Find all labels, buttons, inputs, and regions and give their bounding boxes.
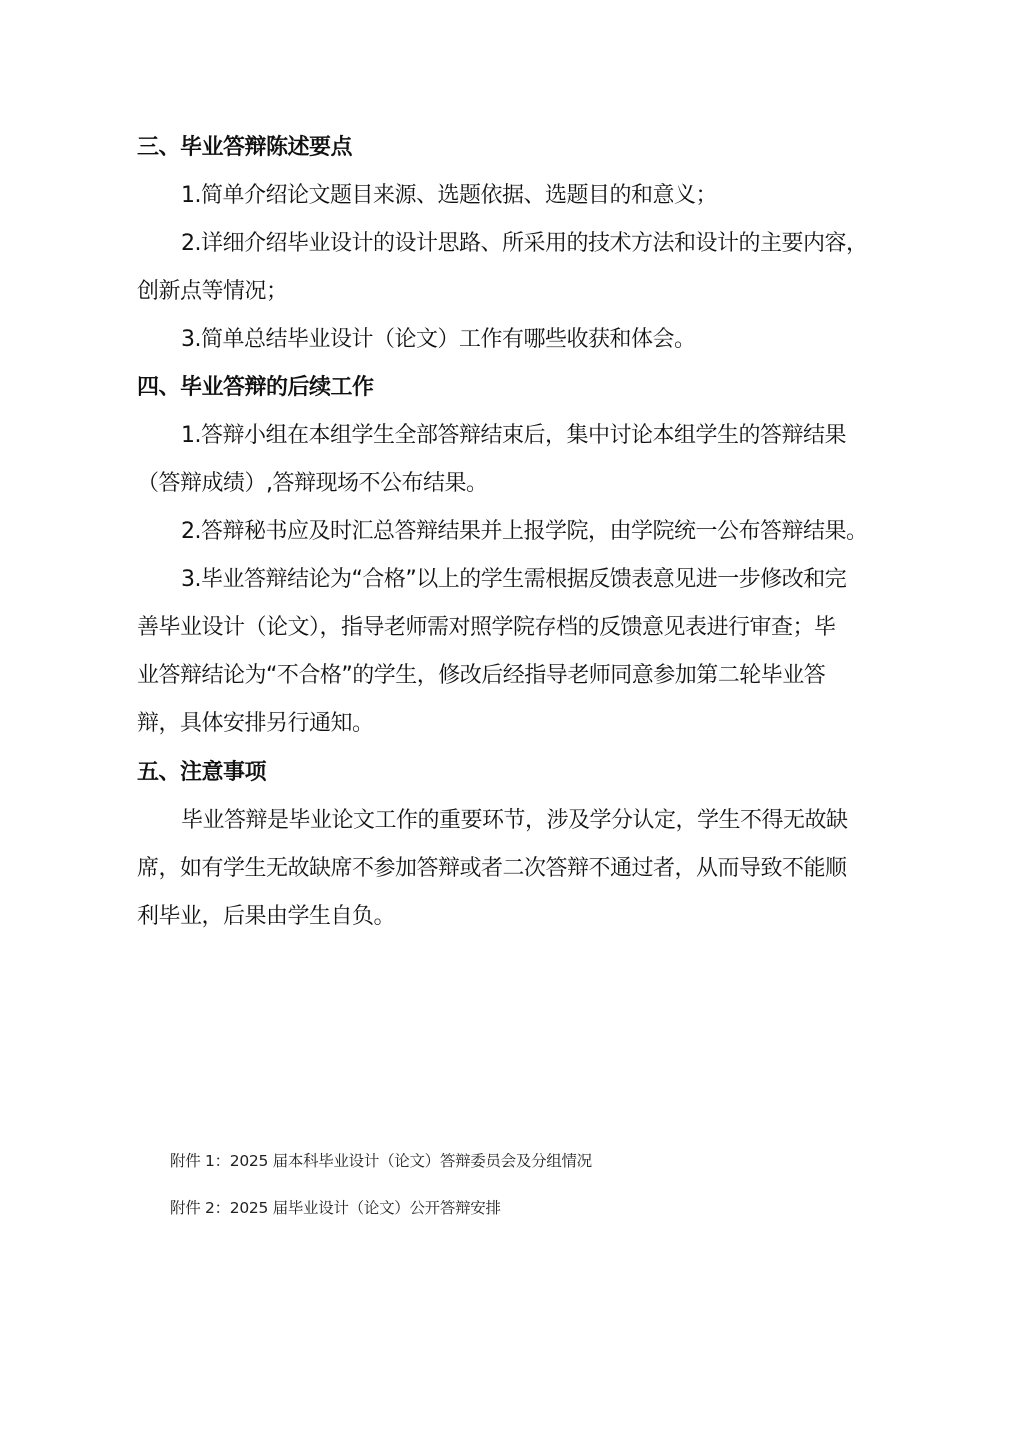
paragraph-line: 2.答辩秘书应及时汇总答辩结果并上报学院，由学院统一公布答辩结果。 xyxy=(181,517,868,547)
paragraph-line: 创新点等情况； xyxy=(137,277,288,307)
attachment-1: 附件 1：2025 届本科毕业设计（论文）答辩委员会及分组情况 xyxy=(170,1150,592,1172)
section-heading-4: 四、毕业答辩的后续工作 xyxy=(137,373,374,403)
section-heading-3: 三、毕业答辩陈述要点 xyxy=(137,133,352,163)
paragraph-line: 3.简单总结毕业设计（论文）工作有哪些收获和体会。 xyxy=(181,325,696,355)
paragraph-line: 利毕业，后果由学生自负。 xyxy=(137,902,395,932)
paragraph-line: 毕业答辩是毕业论文工作的重要环节，涉及学分认定，学生不得无故缺 xyxy=(181,806,848,836)
paragraph-line: 2.详细介绍毕业设计的设计思路、所采用的技术方法和设计的主要内容， xyxy=(181,229,868,259)
paragraph-line: 1.简单介绍论文题目来源、选题依据、选题目的和意义； xyxy=(181,181,717,211)
paragraph-line: 1.答辩小组在本组学生全部答辩结束后，集中讨论本组学生的答辩结果 xyxy=(181,421,846,451)
paragraph-line: （答辩成绩）,答辩现场不公布结果。 xyxy=(137,469,488,499)
paragraph-line: 善毕业设计（论文），指导老师需对照学院存档的反馈意见表进行审查；毕 xyxy=(137,613,836,643)
attachment-2: 附件 2：2025 届毕业设计（论文）公开答辩安排 xyxy=(170,1197,501,1219)
paragraph-line: 3.毕业答辩结论为“合格”以上的学生需根据反馈表意见进一步修改和完 xyxy=(181,565,846,595)
paragraph-line: 辩，具体安排另行通知。 xyxy=(137,709,374,739)
paragraph-line: 席，如有学生无故缺席不参加答辩或者二次答辩不通过者，从而导致不能顺 xyxy=(137,854,847,884)
document-page: 三、毕业答辩陈述要点 1.简单介绍论文题目来源、选题依据、选题目的和意义； 2.… xyxy=(0,0,1024,1448)
paragraph-line: 业答辩结论为“不合格”的学生，修改后经指导老师同意参加第二轮毕业答 xyxy=(137,661,825,691)
section-heading-5: 五、注意事项 xyxy=(137,758,266,788)
